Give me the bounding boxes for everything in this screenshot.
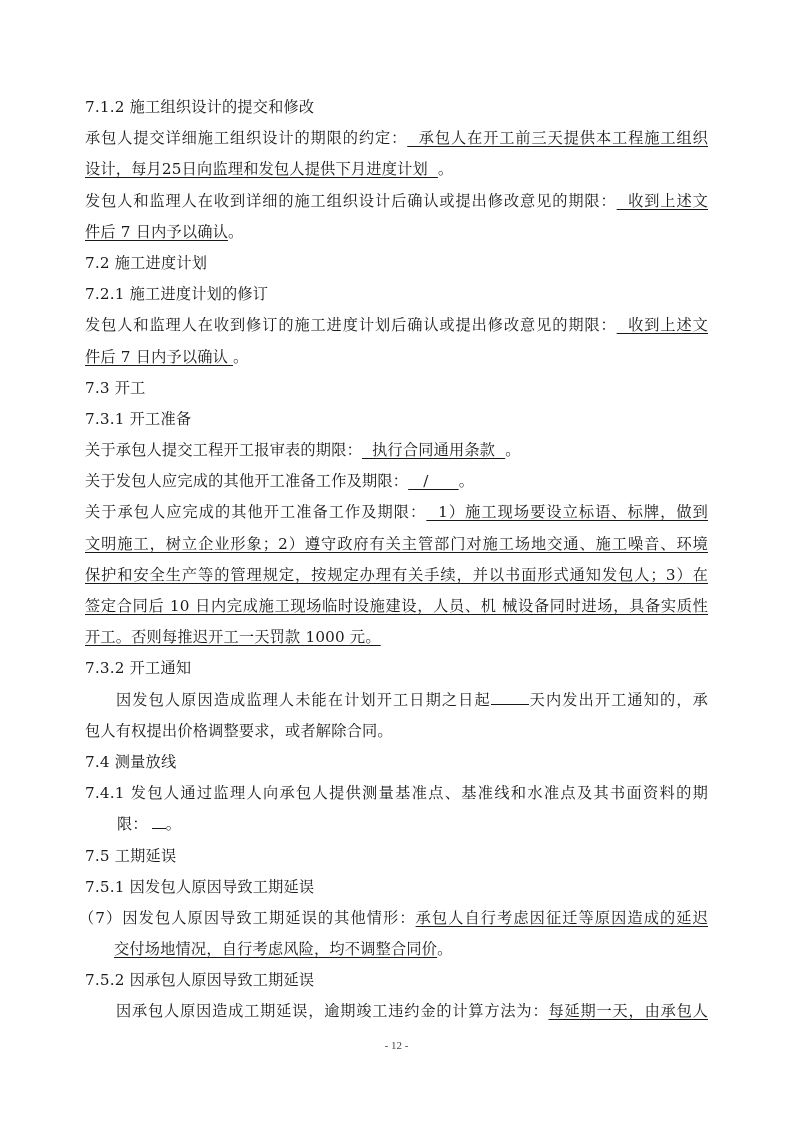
paragraph-line: 关于发包人应完成的其他开工准备工作及期限： / 。	[85, 466, 708, 497]
punctuation: 。	[228, 223, 243, 241]
section-heading-7-2: 7.2 施工进度计划	[85, 248, 708, 279]
paragraph-line: 开工。否则每推迟开工一天罚款 1000 元。	[85, 622, 708, 653]
filled-value: 交付场地情况，自行考虑风险，均不调整合同价	[114, 940, 437, 958]
filled-value: 承包人在开工前三天提供本工程施工组织	[407, 129, 708, 147]
section-heading-7-5-1: 7.5.1 因发包人原因导致工期延误	[85, 872, 708, 903]
filled-value: 文明施工，树立企业形象；2）遵守政府有关主管部门对施工场地交通、施工噪音、环境	[85, 535, 708, 553]
filled-value: 保护和安全生产等的管理规定，按规定办理有关手续，并以书面形式通知发包人；3）在	[85, 566, 708, 584]
paragraph-line: 设计，每月25日向监理和发包人提供下月进度计划 。	[85, 154, 708, 185]
filled-value: 件后 7 日内予以确认	[85, 348, 233, 366]
field-label: （7）因发包人原因导致工期延误的其他情形：	[79, 909, 416, 927]
field-label: 承包人提交详细施工组织设计的期限的约定：	[85, 129, 407, 147]
field-label: 关于发包人应完成的其他开工准备工作及期限：	[85, 472, 408, 490]
body-text: 限：	[117, 815, 148, 833]
body-text: 7.4.1 发包人通过监理人向承包人提供测量基准点、基准线和水准点及其书面资料的…	[85, 784, 708, 802]
paragraph-line: 包人有权提出价格调整要求，或者解除合同。	[85, 716, 708, 747]
field-label: 发包人和监理人在收到详细的施工组织设计后确认或提出修改意见的期限：	[85, 192, 617, 210]
paragraph-line: 关于承包人提交工程开工报审表的期限： 执行合同通用条款 。	[85, 435, 708, 466]
filled-value: 开工。否则每推迟开工一天罚款 1000 元。	[85, 628, 381, 646]
section-heading-7-5-2: 7.5.2 因承包人原因导致工期延误	[85, 965, 708, 996]
blank-field	[491, 686, 529, 705]
punctuation: 。	[459, 472, 474, 490]
filled-value: 收到上述文	[617, 316, 708, 334]
field-label: 关于承包人应完成的其他开工准备工作及期限：	[85, 503, 426, 521]
filled-value: 承包人自行考虑因征迁等原因造成的延迟	[416, 909, 708, 927]
punctuation: 。	[166, 815, 181, 833]
filled-value: 签定合同后 10 日内完成施工现场临时设施建设，人员、机 械设备同时进场，具备实…	[85, 597, 708, 615]
paragraph-line: 承包人提交详细施工组织设计的期限的约定： 承包人在开工前三天提供本工程施工组织	[85, 123, 708, 154]
blank-field	[152, 810, 166, 829]
section-heading-7-1-2: 7.1.2 施工组织设计的提交和修改	[85, 92, 708, 123]
paragraph-line: 因承包人原因造成工期延误，逾期竣工违约金的计算方法为：每延期一天，由承包人	[85, 996, 708, 1027]
body-text: 包人有权提出价格调整要求，或者解除合同。	[85, 722, 393, 740]
filled-value: /	[408, 472, 459, 490]
punctuation: 。	[505, 441, 520, 459]
filled-value: 1）施工现场要设立标语、标牌，做到	[426, 503, 708, 521]
paragraph-line: 保护和安全生产等的管理规定，按规定办理有关手续，并以书面形式通知发包人；3）在	[85, 560, 708, 591]
body-text: 因发包人原因造成监理人未能在计划开工日期之日起	[116, 691, 491, 709]
section-heading-7-3-1: 7.3.1 开工准备	[85, 404, 708, 435]
paragraph-line: 关于承包人应完成的其他开工准备工作及期限： 1）施工现场要设立标语、标牌，做到	[85, 497, 708, 528]
page-number: - 12 -	[0, 1040, 793, 1052]
filled-value: 每延期一天，由承包人	[548, 1002, 708, 1020]
paragraph-line: 交付场地情况，自行考虑风险，均不调整合同价。	[85, 934, 708, 965]
punctuation: 。	[233, 348, 248, 366]
section-heading-7-2-1: 7.2.1 施工进度计划的修订	[85, 279, 708, 310]
filled-value: 收到上述文	[617, 192, 708, 210]
filled-value: 件后 7 日内予以确认	[85, 223, 228, 241]
paragraph-line: （7）因发包人原因导致工期延误的其他情形：承包人自行考虑因征迁等原因造成的延迟	[79, 903, 708, 934]
paragraph-line: 限：。	[85, 809, 708, 840]
paragraph-line: 因发包人原因造成监理人未能在计划开工日期之日起天内发出开工通知的，承	[85, 685, 708, 716]
section-heading-7-5: 7.5 工期延误	[85, 841, 708, 872]
paragraph-line: 件后 7 日内予以确认。	[85, 217, 708, 248]
field-label: 因承包人原因造成工期延误，逾期竣工违约金的计算方法为：	[116, 1002, 548, 1020]
paragraph-line: 发包人和监理人在收到详细的施工组织设计后确认或提出修改意见的期限： 收到上述文	[85, 186, 708, 217]
paragraph-line: 签定合同后 10 日内完成施工现场临时设施建设，人员、机 械设备同时进场，具备实…	[85, 591, 708, 622]
paragraph-line: 7.4.1 发包人通过监理人向承包人提供测量基准点、基准线和水准点及其书面资料的…	[85, 778, 708, 809]
punctuation: 。	[438, 160, 453, 178]
punctuation: 。	[437, 940, 452, 958]
section-heading-7-3-2: 7.3.2 开工通知	[85, 653, 708, 684]
document-page: 7.1.2 施工组织设计的提交和修改 承包人提交详细施工组织设计的期限的约定： …	[85, 92, 708, 1028]
paragraph-line: 发包人和监理人在收到修订的施工进度计划后确认或提出修改意见的期限： 收到上述文	[85, 310, 708, 341]
filled-value: 执行合同通用条款	[362, 441, 505, 459]
body-text: 天内发出开工通知的，承	[529, 691, 708, 709]
section-heading-7-4: 7.4 测量放线	[85, 747, 708, 778]
paragraph-line: 件后 7 日内予以确认 。	[85, 342, 708, 373]
paragraph-line: 文明施工，树立企业形象；2）遵守政府有关主管部门对施工场地交通、施工噪音、环境	[85, 529, 708, 560]
section-heading-7-3: 7.3 开工	[85, 373, 708, 404]
field-label: 关于承包人提交工程开工报审表的期限：	[85, 441, 362, 459]
field-label: 发包人和监理人在收到修订的施工进度计划后确认或提出修改意见的期限：	[85, 316, 617, 334]
filled-value: 设计，每月25日向监理和发包人提供下月进度计划	[85, 160, 438, 178]
